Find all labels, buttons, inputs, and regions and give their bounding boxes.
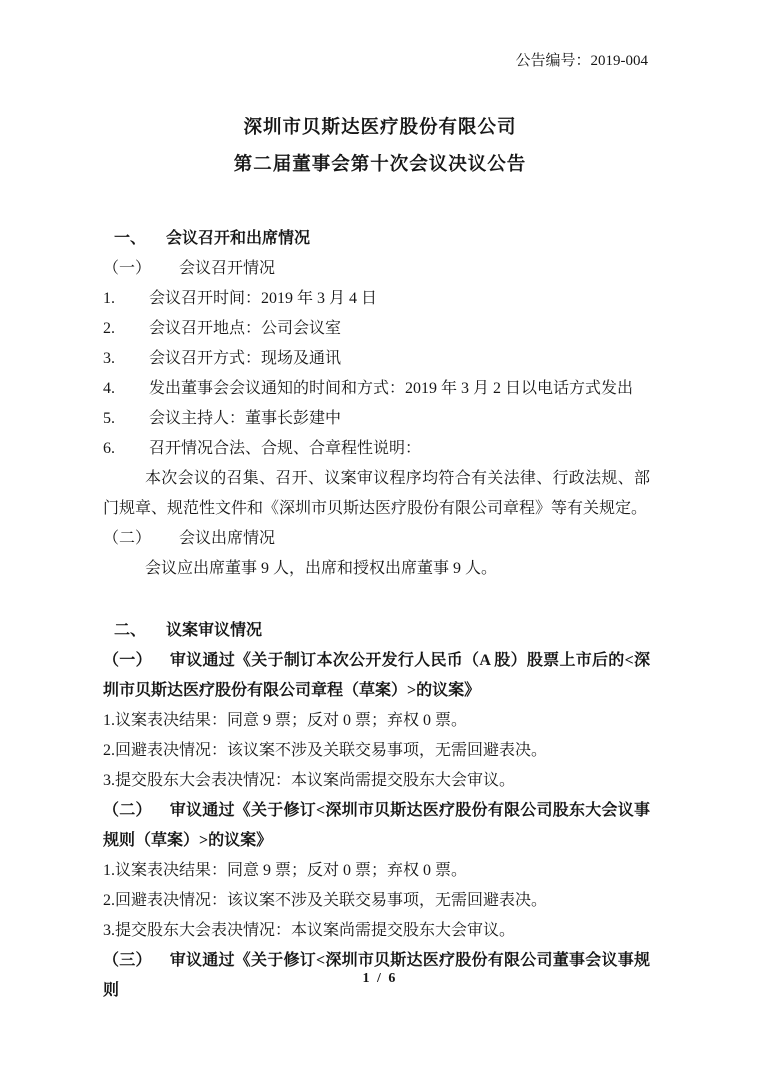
- motion2-title: （二）审议通过《关于修订<深圳市贝斯达医疗股份有限公司股东大会议事规则（草案）>…: [103, 796, 650, 856]
- motion2-title-text: 审议通过《关于修订<深圳市贝斯达医疗股份有限公司股东大会议事规则（草案）>的议案…: [103, 802, 650, 849]
- document-body: 一、会议召开和出席情况 （一）会议召开情况 1.会议召开时间：2019 年 3 …: [103, 224, 650, 1006]
- meeting-item-text: 召开情况合法、合规、合章程性说明：: [149, 440, 421, 457]
- meeting-item: 1.会议召开时间：2019 年 3 月 4 日: [103, 284, 650, 314]
- meeting-item: 5.会议主持人：董事长彭建中: [103, 404, 650, 434]
- meeting-item: 2.会议召开地点：公司会议室: [103, 314, 650, 344]
- page-number: 1 / 6: [0, 969, 760, 989]
- meeting-item: 3.会议召开方式：现场及通讯: [103, 344, 650, 374]
- document-title-line2: 第二届董事会第十次会议决议公告: [0, 147, 760, 184]
- section2-heading-marker: 二、: [114, 616, 146, 646]
- meeting-item: 6.召开情况合法、合规、合章程性说明：: [103, 434, 650, 464]
- motion1-shareholder-submission: 3.提交股东大会表决情况：本议案尚需提交股东大会审议。: [103, 766, 650, 796]
- meeting-item-number: 3.: [103, 344, 149, 374]
- meeting-item-number: 1.: [103, 284, 149, 314]
- motion2-marker: （二）: [103, 802, 152, 819]
- document-title: 深圳市贝斯达医疗股份有限公司 第二届董事会第十次会议决议公告: [0, 110, 760, 184]
- meeting-item-number: 5.: [103, 404, 149, 434]
- announcement-number: 公告编号：2019-004: [0, 0, 760, 72]
- motion2-recusal: 2.回避表决情况：该议案不涉及关联交易事项，无需回避表决。: [103, 886, 650, 916]
- document-title-line1: 深圳市贝斯达医疗股份有限公司: [0, 110, 760, 147]
- motion1-marker: （一）: [103, 652, 152, 669]
- meeting-item-number: 4.: [103, 374, 149, 404]
- section1-sub2-heading: （二）会议出席情况: [103, 524, 650, 554]
- meeting-item: 4.发出董事会会议通知的时间和方式：2019 年 3 月 2 日以电话方式发出: [103, 374, 650, 404]
- section1-heading-marker: 一、: [114, 224, 146, 254]
- section2-heading-label: 议案审议情况: [166, 622, 262, 639]
- meeting-item-text: 发出董事会会议通知的时间和方式：2019 年 3 月 2 日以电话方式发出: [149, 380, 633, 397]
- motion1-title-text: 审议通过《关于制订本次公开发行人民币（A 股）股票上市后的<深圳市贝斯达医疗股份…: [103, 652, 650, 699]
- section1-sub1-label: 会议召开情况: [179, 260, 275, 277]
- section1-sub1-heading: （一）会议召开情况: [103, 254, 650, 284]
- attendance-paragraph: 会议应出席董事 9 人，出席和授权出席董事 9 人。: [103, 554, 650, 584]
- meeting-item-text: 会议召开地点：公司会议室: [149, 320, 341, 337]
- section1-sub1-marker: （一）: [103, 254, 151, 284]
- section2-heading: 二、议案审议情况: [103, 616, 650, 646]
- motion3-marker: （三）: [103, 952, 152, 969]
- legality-paragraph: 本次会议的召集、召开、议案审议程序均符合有关法律、行政法规、部门规章、规范性文件…: [103, 464, 650, 524]
- meeting-item-text: 会议召开时间：2019 年 3 月 4 日: [149, 290, 377, 307]
- meeting-item-text: 会议召开方式：现场及通讯: [149, 350, 341, 367]
- meeting-item-number: 6.: [103, 434, 149, 464]
- meeting-item-number: 2.: [103, 314, 149, 344]
- motion1-title: （一）审议通过《关于制订本次公开发行人民币（A 股）股票上市后的<深圳市贝斯达医…: [103, 646, 650, 706]
- motion2-vote-result: 1.议案表决结果：同意 9 票；反对 0 票；弃权 0 票。: [103, 856, 650, 886]
- motion1-vote-result: 1.议案表决结果：同意 9 票；反对 0 票；弃权 0 票。: [103, 706, 650, 736]
- meeting-item-text: 会议主持人：董事长彭建中: [149, 410, 341, 427]
- motion2-shareholder-submission: 3.提交股东大会表决情况：本议案尚需提交股东大会审议。: [103, 916, 650, 946]
- section1-heading: 一、会议召开和出席情况: [103, 224, 650, 254]
- section1-heading-label: 会议召开和出席情况: [166, 230, 310, 247]
- section1-sub2-label: 会议出席情况: [179, 530, 275, 547]
- document-page: 公告编号：2019-004 深圳市贝斯达医疗股份有限公司 第二届董事会第十次会议…: [0, 0, 760, 1075]
- section1-sub2-marker: （二）: [103, 524, 151, 554]
- motion1-recusal: 2.回避表决情况：该议案不涉及关联交易事项，无需回避表决。: [103, 736, 650, 766]
